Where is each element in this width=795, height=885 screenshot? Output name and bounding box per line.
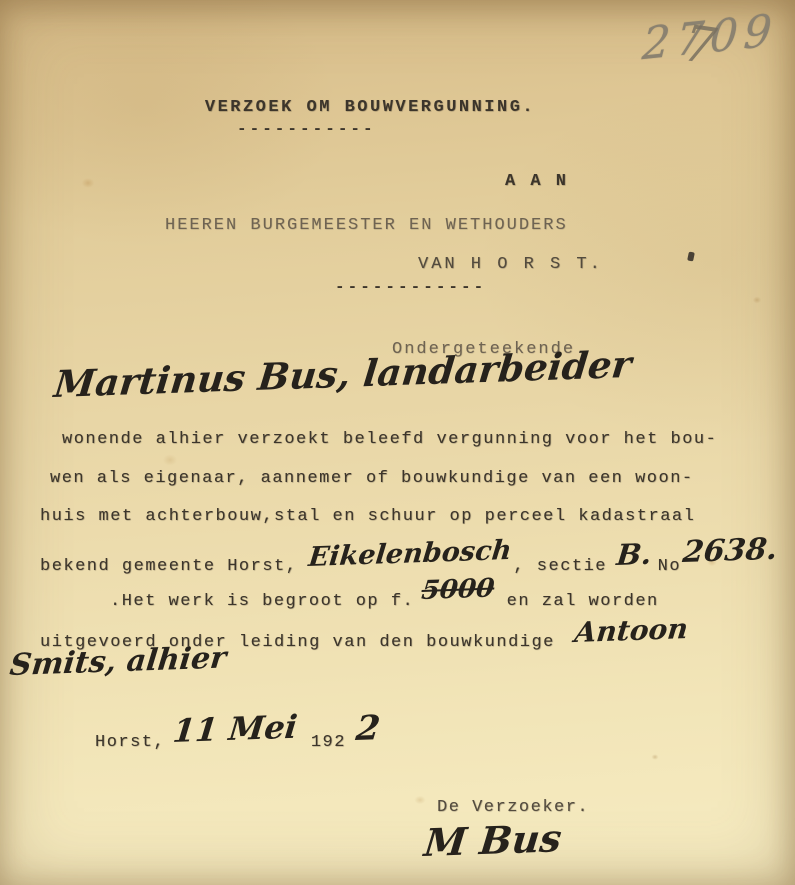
dateline-place: Horst,: [95, 733, 165, 752]
dateline: Horst, 11 Mei 192 2: [95, 715, 378, 755]
body-line-4: bekend gemeente Horst, Eikelenbosch , se…: [40, 543, 775, 578]
applicant-name-handwritten: Martinus Bus, landarbeider: [52, 342, 634, 406]
cadastral-number-handwritten: 2638.: [681, 532, 779, 570]
dateline-year-typed: 192: [311, 733, 346, 752]
body-line-3: huis met achterbouw,stal en schuur op pe…: [40, 507, 695, 526]
line4-prefix: bekend gemeente Horst,: [40, 557, 297, 576]
architect-lastname-handwritten: Smits, alhier: [8, 641, 228, 683]
addressee-van-horst: VAN H O R S T.: [418, 255, 603, 274]
date-year-digit-handwritten: 2: [354, 708, 382, 749]
line5-prefix: .Het werk is begroot op f.: [110, 592, 414, 611]
signature-handwritten: M Bus: [422, 815, 564, 865]
line5-suffix: en zal worden: [507, 592, 659, 611]
document-title: VERZOEK OM BOUWVERGUNNING.: [0, 98, 740, 117]
pencil-archive-number: 2709 7: [642, 12, 778, 63]
archive-number-overwrite: 7: [680, 14, 720, 76]
budget-amount-handwritten: 5000: [420, 573, 496, 606]
line4-mid: , sectie: [513, 557, 607, 576]
title-underline: -----------: [237, 120, 376, 138]
date-day-month-handwritten: 11 Mei: [171, 708, 299, 750]
ink-speck: [687, 251, 695, 261]
addressee-underline: ------------: [335, 278, 486, 296]
body-line-5: .Het werk is begroot op f. 5000 en zal w…: [110, 582, 659, 612]
body-line-1: wonende alhier verzoekt beleefd vergunni…: [62, 430, 717, 449]
cadastral-section-handwritten: B.: [615, 537, 653, 572]
cadastral-place-handwritten: Eikelenbosch: [307, 535, 513, 573]
architect-firstname-handwritten: Antoon: [573, 612, 690, 649]
addressee-aan: A A N: [505, 172, 569, 191]
closing-label: De Verzoeker.: [437, 798, 589, 817]
document-page: 2709 7 VERZOEK OM BOUWVERGUNNING. ------…: [0, 0, 795, 885]
addressee-college: HEEREN BURGEMEESTER EN WETHOUDERS: [165, 216, 568, 235]
body-line-2: wen als eigenaar, aannemer of bouwkundig…: [50, 469, 694, 488]
line4-no-label: No: [658, 557, 681, 576]
